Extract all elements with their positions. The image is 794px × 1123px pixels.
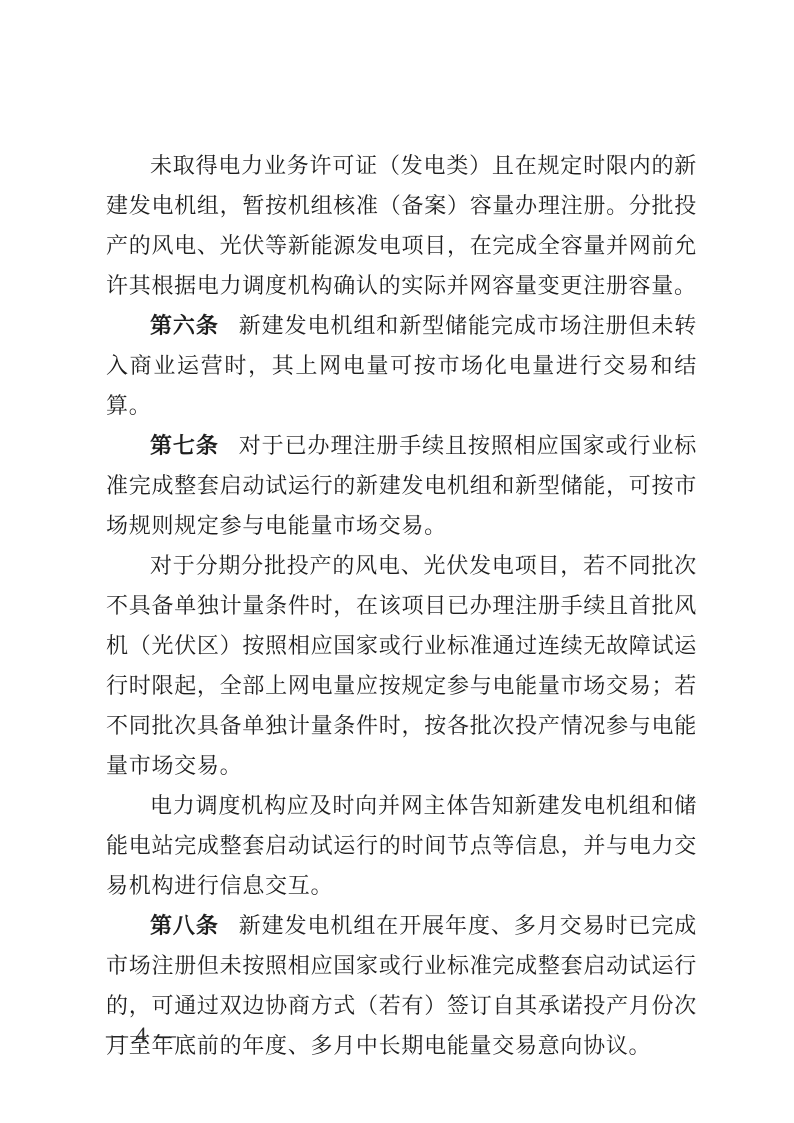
document-page: 未取得电力业务许可证（发电类）且在规定时限内的新建发电机组，暂按机组核准（备案）… <box>0 0 794 1123</box>
paragraph-text: 未取得电力业务许可证（发电类）且在规定时限内的新建发电机组，暂按机组核准（备案）… <box>106 153 697 298</box>
paragraph: 电力调度机构应及时向并网主体告知新建发电机组和储能电站完成整套启动试运行的时间节… <box>106 786 697 906</box>
paragraph: 对于分期分批投产的风电、光伏发电项目，若不同批次不具备单独计量条件时，在该项目已… <box>106 546 697 786</box>
document-body: 未取得电力业务许可证（发电类）且在规定时限内的新建发电机组，暂按机组核准（备案）… <box>106 146 697 1066</box>
paragraph-article-7: 第七条对于已办理注册手续且按照相应国家或行业标准完成整套启动试运行的新建发电机组… <box>106 426 697 546</box>
paragraph-article-8: 第八条新建发电机组在开展年度、多月交易时已完成市场注册但未按照相应国家或行业标准… <box>106 906 697 1066</box>
paragraph: 未取得电力业务许可证（发电类）且在规定时限内的新建发电机组，暂按机组核准（备案）… <box>106 146 697 306</box>
article-number-label: 第六条 <box>150 313 219 338</box>
paragraph-article-6: 第六条新建发电机组和新型储能完成市场注册但未转入商业运营时，其上网电量可按市场化… <box>106 306 697 426</box>
page-number-footer: — 4 — <box>106 1022 177 1048</box>
article-number-label: 第八条 <box>150 913 219 938</box>
paragraph-text: 对于分期分批投产的风电、光伏发电项目，若不同批次不具备单独计量条件时，在该项目已… <box>106 553 697 778</box>
article-number-label: 第七条 <box>150 433 219 458</box>
paragraph-text: 电力调度机构应及时向并网主体告知新建发电机组和储能电站完成整套启动试运行的时间节… <box>106 793 697 898</box>
